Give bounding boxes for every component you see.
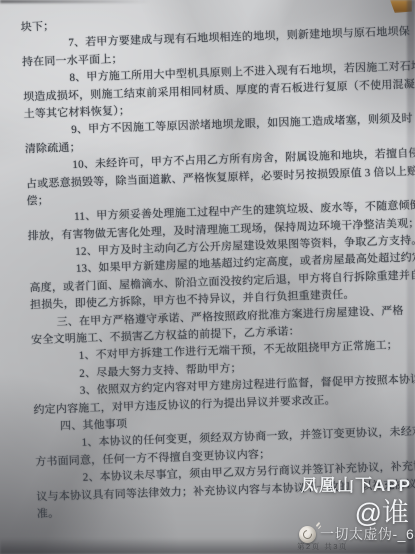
photographed-paper: 块下；7、若甲方要建成与现有石地坝相连的地坝，则新建地坝与原石地坝保持在同一水平…: [0, 0, 415, 554]
paper-top-edge-shadow: [0, 0, 150, 3]
user-avatar-swirl-icon: [299, 526, 316, 543]
page-indicator: 第2页 共3页: [297, 541, 348, 552]
agreement-text-block: 块下；7、若甲方要建成与现有石地坝相连的地坝，则新建地坝与原石地坝保持在同一水平…: [21, 7, 415, 524]
